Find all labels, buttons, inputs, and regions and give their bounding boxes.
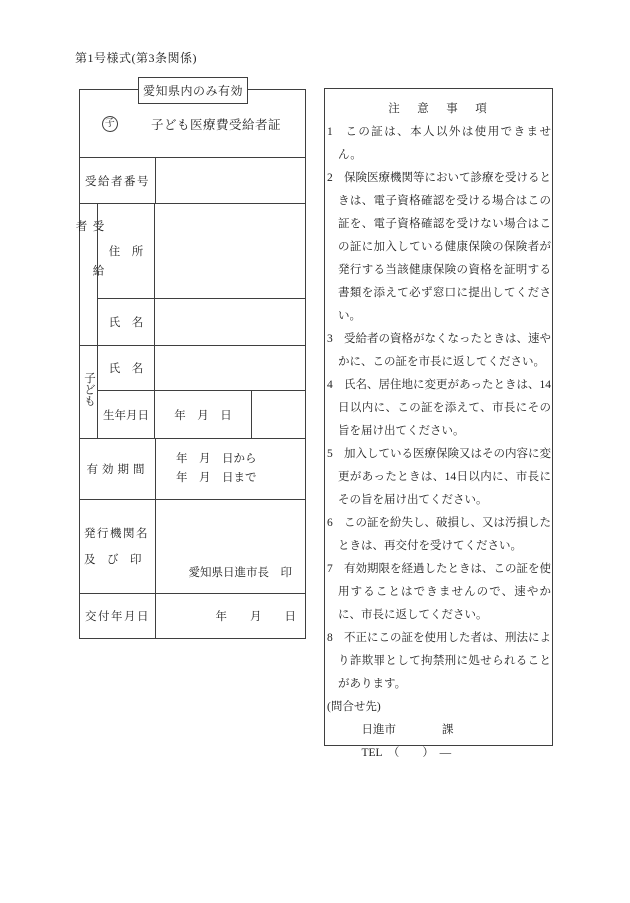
address-field	[154, 204, 305, 298]
issue-date-label: 交付年月日	[80, 594, 155, 638]
recipient-name-label: 氏 名	[98, 299, 154, 345]
child-name-label: 氏 名	[98, 346, 154, 390]
child-circle-mark-icon: 子	[101, 114, 119, 132]
recipient-number-field	[155, 158, 305, 203]
contact-tel-line: TEL （ ） ―	[327, 742, 551, 765]
note-number: 3	[327, 328, 344, 351]
recipient-row: 受給者 住 所 氏 名	[80, 203, 305, 345]
issuer-value: 愛知県日進市長 印	[155, 500, 305, 593]
contact-office-line: 日進市 課	[327, 719, 551, 742]
note-text: 受給者の資格がなくなったときは、速やかに、この証を市長に返してください。	[338, 333, 551, 368]
form-number-label: 第1号様式(第3条関係)	[75, 49, 197, 66]
certificate-card: 愛知県内のみ有効 子 子ども医療費受給者証 受給者番号 受給者 住 所 氏 名	[79, 89, 306, 639]
note-item-7: 7有効期限を経過したときは、この証を使用することはできませんので、速やかに、市長…	[327, 558, 551, 627]
child-row: 子ども 氏 名 生年月日 年 月 日	[80, 345, 305, 438]
note-text: 加入している医療保険又はその内容に変更があったときは、14日以内に、市長にその旨…	[338, 448, 551, 506]
issuer-label: 発行機関名 及 び 印	[80, 500, 155, 593]
note-item-5: 5加入している医療保険又はその内容に変更があったときは、14日以内に、市長にその…	[327, 443, 551, 512]
valid-period-to: 年 月 日まで	[176, 469, 305, 488]
child-group-cell: 子ども	[80, 346, 97, 438]
child-subrows: 氏 名 生年月日 年 月 日	[97, 346, 305, 438]
certificate-title: 子ども医療費受給者証	[151, 115, 281, 133]
notes-panel: 注 意 事 項 1この証は、本人以外は使用できません。 2保険医療機関等において…	[324, 88, 553, 746]
birth-date-value: 年 月 日	[154, 391, 251, 438]
recipient-number-label: 受給者番号	[80, 158, 155, 203]
note-text: 不正にこの証を使用した者は、刑法により詐欺罪として拘禁刑に処せられることがありま…	[338, 632, 551, 690]
note-text: 保険医療機関等において診療を受けるときは、電子資格確認を受ける場合はこの証を、電…	[338, 172, 551, 322]
note-number: 1	[327, 121, 344, 144]
valid-period-from: 年 月 日から	[176, 450, 305, 469]
note-item-4: 4氏名、居住地に変更があったときは、14日以内に、この証を添えて、市長にその旨を…	[327, 374, 551, 443]
note-text: この証を紛失し、破損し、又は汚損したときは、再交付を受けてください。	[338, 517, 551, 552]
birth-date-extra-field	[251, 391, 305, 438]
note-number: 4	[327, 374, 344, 397]
contact-heading: (問合せ先)	[327, 696, 551, 719]
address-label: 住 所	[98, 204, 154, 298]
document-page: 第1号様式(第3条関係) 愛知県内のみ有効 子 子ども医療費受給者証 受給者番号…	[0, 0, 630, 903]
recipient-number-row: 受給者番号	[80, 157, 305, 203]
note-item-1: 1この証は、本人以外は使用できません。	[327, 121, 551, 167]
note-item-8: 8不正にこの証を使用した者は、刑法により詐欺罪として拘禁刑に処せられることがあり…	[327, 627, 551, 696]
note-item-3: 3受給者の資格がなくなったときは、速やかに、この証を市長に返してください。	[327, 328, 551, 374]
note-item-6: 6この証を紛失し、破損し、又は汚損したときは、再交付を受けてください。	[327, 512, 551, 558]
issuer-row: 発行機関名 及 び 印 愛知県日進市長 印	[80, 499, 305, 593]
note-text: この証は、本人以外は使用できません。	[338, 126, 551, 161]
note-text: 有効期限を経過したときは、この証を使用することはできませんので、速やかに、市長に…	[338, 563, 551, 621]
notes-title: 注 意 事 項	[327, 98, 551, 121]
issuer-label-line1: 発行機関名	[84, 521, 149, 547]
recipient-name-field	[154, 299, 305, 345]
child-group-label: 子ども	[80, 346, 97, 407]
recipient-name-row: 氏 名	[98, 298, 305, 345]
note-item-2: 2保険医療機関等において診療を受けるときは、電子資格確認を受ける場合はこの証を、…	[327, 167, 551, 328]
note-number: 6	[327, 512, 344, 535]
note-number: 2	[327, 167, 344, 190]
validity-banner: 愛知県内のみ有効	[138, 77, 248, 104]
note-number: 8	[327, 627, 344, 650]
valid-period-row: 有効期間 年 月 日から 年 月 日まで	[80, 438, 305, 499]
child-name-row: 氏 名	[98, 346, 305, 390]
child-name-field	[154, 346, 305, 390]
issuer-label-line2: 及 び 印	[84, 547, 142, 573]
recipient-subrows: 住 所 氏 名	[97, 204, 305, 345]
address-row: 住 所	[98, 204, 305, 298]
issue-date-row: 交付年月日 年 月 日	[80, 593, 305, 638]
birth-date-row: 生年月日 年 月 日	[98, 390, 305, 438]
valid-period-label: 有効期間	[80, 439, 155, 499]
note-number: 5	[327, 443, 344, 466]
valid-period-value: 年 月 日から 年 月 日まで	[155, 439, 305, 499]
recipient-group-cell: 受給者	[80, 204, 97, 345]
note-text: 氏名、居住地に変更があったときは、14日以内に、この証を添えて、市長にその旨を届…	[338, 379, 551, 437]
issue-date-value: 年 月 日	[155, 594, 305, 638]
birth-date-label: 生年月日	[98, 391, 154, 438]
note-number: 7	[327, 558, 344, 581]
